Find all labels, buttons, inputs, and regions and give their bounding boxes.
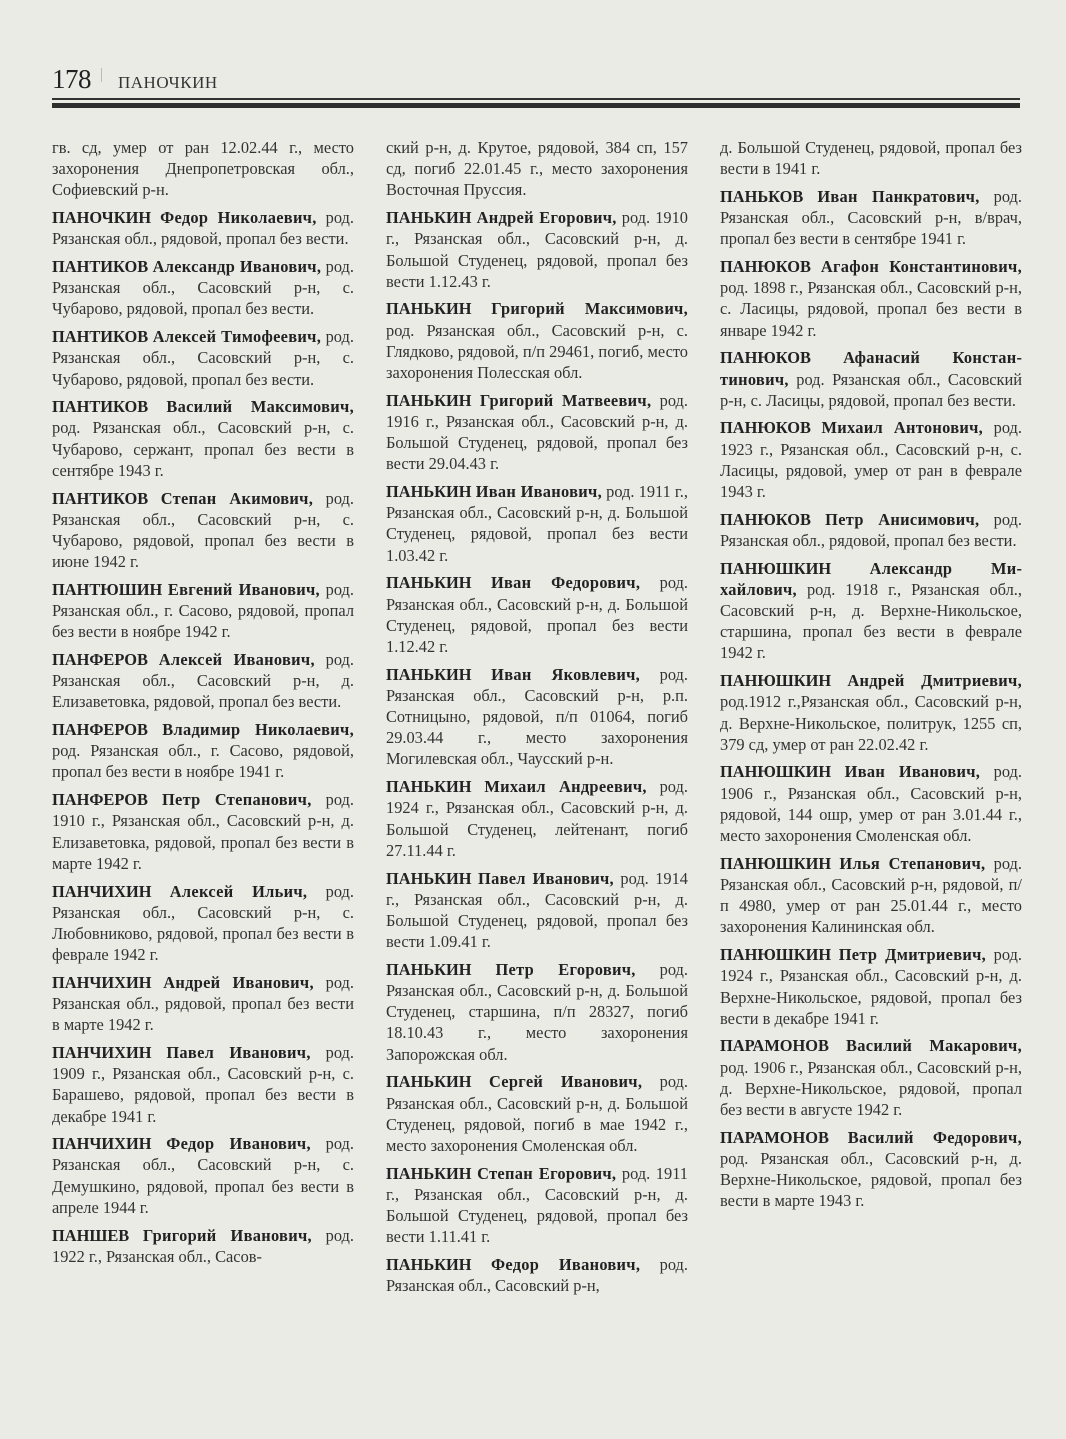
biography-entry: ПАНТИКОВ Алексей Тимофее­вич, род. Рязан… <box>52 326 354 390</box>
entry-surname: ПАНЬКОВ <box>720 187 803 206</box>
entry-given-name: Петр Дмитрие­вич, <box>839 945 986 964</box>
entry-surname: ПАНЮШКИН <box>720 945 831 964</box>
biography-entry: ПАНЮКОВ Агафон Константи­нович, род. 189… <box>720 256 1022 341</box>
entry-surname: ПАНЧИХИН <box>52 882 151 901</box>
entry-given-name: Андрей Егорович, <box>477 208 617 227</box>
column-2: ский р-н, д. Крутое, рядовой, 384 сп, 15… <box>386 137 688 1303</box>
entry-continuation: д. Большой Студенец, рядовой, пропал без… <box>720 137 1022 179</box>
entry-given-name: Иван Иванович, <box>476 482 602 501</box>
entry-given-name: Алексей Ильич, <box>170 882 307 901</box>
entry-given-name: Григорий Матвеевич, <box>480 391 652 410</box>
entry-given-name: Федор Иванович, <box>166 1134 311 1153</box>
entry-given-name: Василий Макаро­вич, <box>846 1036 1022 1055</box>
entry-surname: ПАНЬКИН <box>386 391 472 410</box>
column-1: гв. сд, умер от ран 12.02.44 г., место з… <box>52 137 354 1303</box>
entry-text: род. Рязанская обл., Сасовский р-н, д. В… <box>720 1149 1022 1210</box>
entry-given-name: Алексей Тимофее­вич, <box>153 327 321 346</box>
entry-surname: ПАНЬКИН <box>386 777 472 796</box>
header-divider <box>101 68 102 82</box>
entry-given-name: Михаил Андреевич, <box>484 777 646 796</box>
entry-surname: ПАНЮШКИН <box>720 559 831 578</box>
entry-given-name: Александр Ивано­вич, <box>153 257 322 276</box>
biography-entry: ПАНЬКОВ Иван Панкратович, род. Рязанская… <box>720 186 1022 250</box>
entry-given-name: Григорий Иванович, <box>143 1226 312 1245</box>
biography-entry: ПАНЮКОВ Михаил Антонович, род. 1923 г., … <box>720 417 1022 502</box>
header-rule-thick <box>52 103 1020 108</box>
entry-surname: ПАРАМОНОВ <box>720 1036 829 1055</box>
biography-entry: ПАНШЕВ Григорий Иванович, род. 1922 г., … <box>52 1225 354 1267</box>
entry-given-name: Василий Федоро­вич, <box>848 1128 1022 1147</box>
entry-given-name: Михаил Антонович, <box>822 418 984 437</box>
biography-entry: ПАНЮКОВ Петр Анисимович, род. Рязанская … <box>720 509 1022 551</box>
entry-surname: ПАНФЕРОВ <box>52 720 148 739</box>
biography-entry: ПАНЮШКИН Петр Дмитрие­вич, род. 1924 г.,… <box>720 944 1022 1029</box>
biography-entry: ПАНЮШКИН Александр Ми­хайлович, род. 191… <box>720 558 1022 664</box>
entry-surname: ПАНЮКОВ <box>720 257 811 276</box>
entry-surname: ПАНЧИХИН <box>52 973 151 992</box>
entry-surname: ПАНЬКИН <box>386 482 472 501</box>
entry-surname: ПАНТИКОВ <box>52 327 148 346</box>
biography-entry: ПАНЧИХИН Павел Иванович, род. 1909 г., Р… <box>52 1042 354 1127</box>
biography-entry: ПАНЬКИН Сергей Иванович, род. Рязанская … <box>386 1071 688 1156</box>
entry-surname: ПАНФЕРОВ <box>52 790 148 809</box>
entry-surname: ПАНШЕВ <box>52 1226 129 1245</box>
biography-entry: ПАНЬКИН Иван Яковлевич, род. Рязанская о… <box>386 664 688 770</box>
biography-entry: ПАНЮШКИН Иван Иванович, род. 1906 г., Ря… <box>720 761 1022 846</box>
header-rule-thin <box>52 98 1020 100</box>
text-columns: гв. сд, умер от ран 12.02.44 г., место з… <box>52 137 1022 1303</box>
entry-surname: ПАНТИКОВ <box>52 397 148 416</box>
biography-entry: ПАНФЕРОВ Петр Степанович, род. 1910 г., … <box>52 789 354 874</box>
biography-entry: ПАРАМОНОВ Василий Макаро­вич, род. 1906 … <box>720 1035 1022 1120</box>
entry-surname: ПАНЧИХИН <box>52 1134 151 1153</box>
biography-entry: ПАНЬКИН Федор Иванович, род. Рязанская о… <box>386 1254 688 1296</box>
entry-given-name: Петр Степанович, <box>162 790 312 809</box>
entry-given-name: Иван Панкратович, <box>817 187 979 206</box>
biography-entry: ПАНЬКИН Степан Егорович, род. 1911 г., Р… <box>386 1163 688 1248</box>
entry-given-name: Иван Яковлевич, <box>491 665 640 684</box>
biography-entry: ПАНЬКИН Григорий Матвеевич, род. 1916 г.… <box>386 390 688 475</box>
entry-given-name: Евгений Ивано­вич, <box>168 580 320 599</box>
entry-surname: ПАНЬКИН <box>386 1072 472 1091</box>
entry-surname: ПАНТИКОВ <box>52 257 148 276</box>
biography-entry: ПАНЬКИН Иван Иванович, род. 1911 г., Ряз… <box>386 481 688 566</box>
biography-entry: ПАНФЕРОВ Алексей Иванович, род. Рязанска… <box>52 649 354 713</box>
entry-surname: ПАНЬКИН <box>386 1255 472 1274</box>
biography-entry: ПАНЮКОВ Афанасий Констан­тинович, род. Р… <box>720 347 1022 411</box>
entry-given-name: Степан Егорович, <box>477 1164 616 1183</box>
biography-entry: ПАНОЧКИН Федор Николае­вич, род. Рязанск… <box>52 207 354 249</box>
entry-surname: ПАНТИКОВ <box>52 489 148 508</box>
entry-text: д. Большой Студенец, рядовой, пропал без… <box>720 138 1022 178</box>
entry-text: род. Рязанская обл., г. Сасово, рядовой,… <box>52 741 354 781</box>
biography-entry: ПАНТЮШИН Евгений Ивано­вич, род. Рязанск… <box>52 579 354 643</box>
running-head: ПАНОЧКИН <box>118 73 218 93</box>
biography-entry: ПАНЬКИН Иван Федорович, род. Рязанская о… <box>386 572 688 657</box>
entry-text: род. 1898 г., Рязанская обл., Сасовский … <box>720 278 1022 339</box>
entry-given-name: Григорий Максимо­вич, <box>491 299 688 318</box>
entry-continuation: гв. сд, умер от ран 12.02.44 г., место з… <box>52 137 354 201</box>
page-header: 178 ПАНОЧКИН <box>52 64 1020 108</box>
entry-given-name: Федор Николае­вич, <box>160 208 317 227</box>
entry-text: ский р-н, д. Крутое, рядовой, 384 сп, 15… <box>386 138 688 199</box>
biography-entry: ПАНЬКИН Петр Егорович, род. Рязанская об… <box>386 959 688 1065</box>
biography-entry: ПАНФЕРОВ Владимир Николае­вич, род. Ряза… <box>52 719 354 783</box>
biography-entry: ПАНЬКИН Павел Иванович, род. 1914 г., Ря… <box>386 868 688 953</box>
biography-entry: ПАНЧИХИН Федор Иванович, род. Рязанская … <box>52 1133 354 1218</box>
entry-given-name: Алексей Иванович, <box>159 650 315 669</box>
biography-entry: ПАНТИКОВ Василий Максимо­вич, род. Рязан… <box>52 396 354 481</box>
entry-surname: ПАНЬКИН <box>386 1164 472 1183</box>
entry-continuation: ский р-н, д. Крутое, рядовой, 384 сп, 15… <box>386 137 688 201</box>
entry-surname: ПАНЮКОВ <box>720 418 811 437</box>
entry-given-name: Сергей Иванович, <box>489 1072 642 1091</box>
entry-surname: ПАНЬКИН <box>386 665 472 684</box>
entry-surname: ПАНЮШКИН <box>720 762 831 781</box>
biography-entry: ПАНЧИХИН Алексей Ильич, род. Рязанская о… <box>52 881 354 966</box>
biography-entry: ПАРАМОНОВ Василий Федоро­вич, род. Рязан… <box>720 1127 1022 1212</box>
entry-given-name: Агафон Константи­нович, <box>821 257 1022 276</box>
entry-given-name: Андрей Дмитрие­вич, <box>847 671 1022 690</box>
biography-entry: ПАНЬКИН Михаил Андреевич, род. 1924 г., … <box>386 776 688 861</box>
entry-given-name: Петр Анисимович, <box>825 510 979 529</box>
biography-entry: ПАНЬКИН Григорий Максимо­вич, род. Рязан… <box>386 298 688 383</box>
entry-surname: ПАНЮКОВ <box>720 510 811 529</box>
entry-given-name: Павел Иванович, <box>478 869 614 888</box>
entry-surname: ПАНЧИХИН <box>52 1043 151 1062</box>
entry-surname: ПАНЮКОВ <box>720 348 811 367</box>
entry-surname: ПАНЮШКИН <box>720 854 831 873</box>
biography-entry: ПАНЬКИН Андрей Егорович, род. 1910 г., Р… <box>386 207 688 292</box>
entry-text: род.1912 г.,Рязанская обл., Са­совский р… <box>720 692 1022 753</box>
header-row: 178 ПАНОЧКИН <box>52 64 1020 94</box>
entry-given-name: Петр Егорович, <box>495 960 635 979</box>
entry-surname: ПАНЬКИН <box>386 299 472 318</box>
biography-entry: ПАНТИКОВ Степан Акимович, род. Рязанская… <box>52 488 354 573</box>
entry-given-name: Андрей Иванович, <box>163 973 314 992</box>
entry-surname: ПАНЬКИН <box>386 208 472 227</box>
entry-surname: ПАНЮШКИН <box>720 671 831 690</box>
entry-given-name: Василий Максимо­вич, <box>166 397 354 416</box>
entry-text: гв. сд, умер от ран 12.02.44 г., место з… <box>52 138 354 199</box>
entry-surname: ПАНТЮШИН <box>52 580 162 599</box>
entry-surname: ПАРАМОНОВ <box>720 1128 829 1147</box>
entry-text: род. Рязанская обл., Сасов­ский р-н, с. … <box>52 418 354 479</box>
entry-given-name: Степан Акимович, <box>161 489 313 508</box>
biography-entry: ПАНЮШКИН Андрей Дмитрие­вич, род.1912 г.… <box>720 670 1022 755</box>
entry-given-name: Иван Федорович, <box>491 573 640 592</box>
entry-text: род. 1906 г., Рязанская обл., Сасовский … <box>720 1058 1022 1119</box>
entry-surname: ПАНОЧКИН <box>52 208 151 227</box>
entry-given-name: Федор Иванович, <box>491 1255 640 1274</box>
page-number: 178 <box>52 64 91 95</box>
biography-entry: ПАНЮШКИН Илья Степано­вич, род. Рязанска… <box>720 853 1022 938</box>
entry-surname: ПАНЬКИН <box>386 960 472 979</box>
entry-surname: ПАНЬКИН <box>386 869 472 888</box>
entry-surname: ПАНФЕРОВ <box>52 650 148 669</box>
entry-given-name: Иван Иванович, <box>845 762 981 781</box>
entry-text: род. Рязанская обл., Сасовский р-н, с. Г… <box>386 321 688 382</box>
biography-entry: ПАНЧИХИН Андрей Иванович, род. Рязанская… <box>52 972 354 1036</box>
entry-surname: ПАНЬКИН <box>386 573 472 592</box>
entry-given-name: Илья Степано­вич, <box>839 854 985 873</box>
column-3: д. Большой Студенец, рядовой, пропал без… <box>720 137 1022 1303</box>
biography-entry: ПАНТИКОВ Александр Ивано­вич, род. Рязан… <box>52 256 354 320</box>
entry-given-name: Павел Иванович, <box>166 1043 310 1062</box>
entry-given-name: Владимир Николае­вич, <box>162 720 354 739</box>
